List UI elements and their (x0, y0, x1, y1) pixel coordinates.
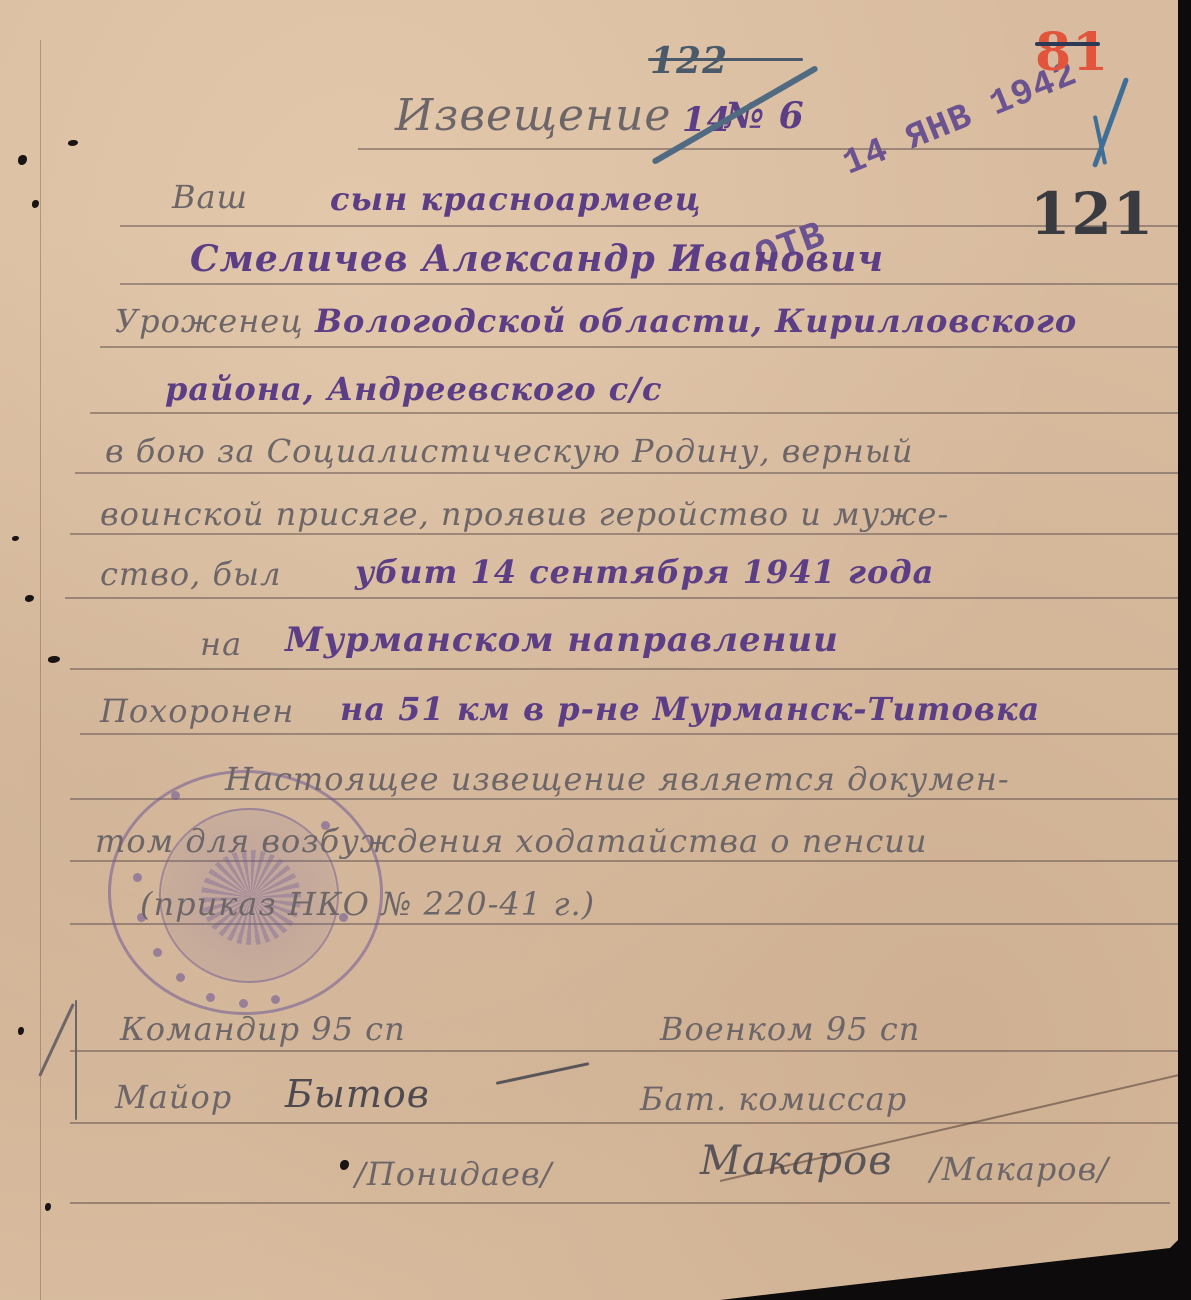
margin-bracket-mark (38, 1003, 75, 1077)
commissar-rank: Бат. комиссар (640, 1080, 907, 1118)
corner-strike-mark (1035, 42, 1100, 46)
punch-hole (18, 1027, 24, 1035)
ruled-line (358, 148, 1098, 150)
printed-text-line-1: Ваш (172, 178, 248, 216)
seal-letter-mark (206, 993, 215, 1002)
commander-name: /Понидаев/ (355, 1155, 552, 1193)
pencil-corner-number: 121 (1030, 180, 1154, 248)
soldier-name: Смеличев Александр Иванович (190, 238, 884, 280)
punch-hole (45, 1203, 51, 1211)
ruled-line (75, 472, 1180, 474)
punch-hole (340, 1160, 349, 1170)
ruled-line (120, 225, 1180, 227)
death-date: убит 14 сентября 1941 года (355, 553, 934, 591)
birthplace-line-2: района, Андреевского с/с (165, 370, 662, 408)
printed-text-line-6: воинской присяге, проявив геройство и му… (100, 495, 949, 533)
ruled-line (70, 1122, 1180, 1124)
commander-signature: Бытов (285, 1072, 430, 1116)
printed-text-line-8: на (200, 625, 242, 663)
strike-through-mark (648, 58, 803, 61)
seal-letter-mark (239, 999, 248, 1008)
birthplace-line-1: Вологодской области, Кирилловского (315, 302, 1077, 340)
punch-hole (48, 656, 60, 663)
ruled-line (100, 346, 1180, 348)
ruled-line (70, 1050, 1180, 1052)
margin-line (40, 40, 41, 1300)
burial-location: на 51 км в р-не Мурманск-Титовка (340, 690, 1040, 728)
seal-letter-mark (176, 973, 185, 982)
red-corner-number: 81 (1035, 22, 1109, 83)
death-location: Мурманском направлении (285, 620, 839, 660)
ruled-line (80, 733, 1180, 735)
punch-hole (18, 155, 27, 165)
document-page: Извещение 14 № 6 122 ОТВ 14 ЯНВ 1942 81 … (0, 0, 1191, 1300)
document-title: Извещение (395, 90, 671, 141)
seal-letter-mark (271, 995, 280, 1004)
commissar-name: /Макаров/ (930, 1150, 1109, 1188)
printed-text-line-10: Настоящее извещение является докумен- (225, 760, 1010, 798)
ruled-line (70, 1202, 1170, 1204)
commissar-role: Военком 95 сп (660, 1010, 920, 1048)
ruled-line (120, 283, 1180, 285)
printed-text-line-5: в бою за Социалистическую Родину, верный (105, 432, 914, 470)
printed-text-line-11: том для возбуждения ходатайства о пенсии (95, 822, 927, 860)
seal-letter-mark (171, 791, 180, 800)
printed-text-line-9: Похоронен (100, 692, 294, 730)
seal-letter-mark (133, 873, 142, 882)
signature-flourish (496, 1062, 590, 1085)
commander-role: Командир 95 сп (120, 1010, 406, 1048)
margin-bracket-mark (75, 1000, 77, 1120)
document-number-added: 122 (650, 40, 728, 82)
printed-text-line-7: ство, был (100, 555, 281, 593)
filled-text-line-1: сын красноармеец (330, 180, 701, 218)
ruled-line (90, 412, 1180, 414)
commander-rank: Майор (115, 1078, 232, 1116)
ruled-line (70, 668, 1180, 670)
punch-hole (25, 595, 34, 602)
punch-hole (12, 536, 19, 541)
ruled-line (70, 533, 1180, 535)
punch-hole (68, 140, 78, 146)
printed-text-line-3: Уроженец (115, 302, 304, 340)
printed-text-line-12: (приказ НКО № 220-41 г.) (140, 885, 595, 923)
punch-hole (32, 200, 39, 208)
ruled-line (65, 597, 1180, 599)
seal-letter-mark (153, 948, 162, 957)
